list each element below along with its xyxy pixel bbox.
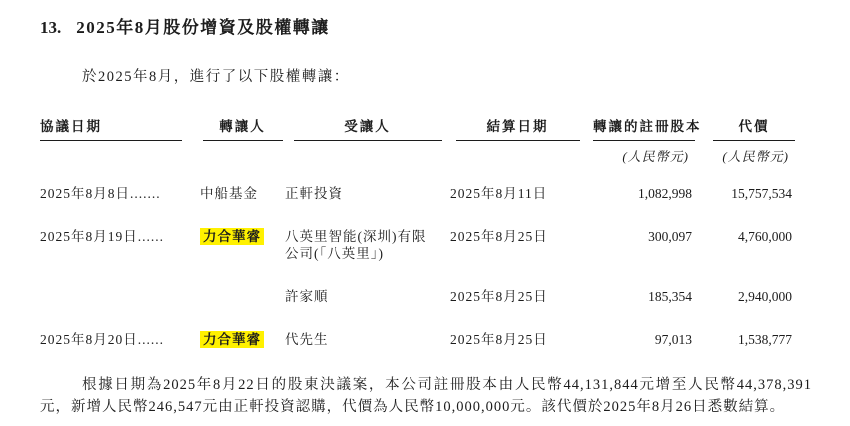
cell-settlement_date: 2025年8月25日 xyxy=(450,202,585,262)
column-subheader-transferor xyxy=(200,141,285,165)
document-page: 13. 2025年8月股份增資及股權轉讓 於2025年8月，進行了以下股權轉讓：… xyxy=(0,0,850,426)
cell-agreement_date: 2025年8月20日...... xyxy=(40,305,200,348)
column-header-transferor: 轉讓人 xyxy=(200,115,285,141)
cell-registered_capital: 97,013 xyxy=(585,305,695,348)
section-number: 13. xyxy=(40,18,61,38)
table-row: 2025年8月19日......力合華睿八英里智能(深圳)有限 公司(「八英里」… xyxy=(40,202,795,262)
cell-consideration: 4,760,000 xyxy=(695,202,795,262)
cell-settlement_date: 2025年8月11日 xyxy=(450,165,585,202)
column-header-agreement_date: 協議日期 xyxy=(40,115,200,141)
cell-transferor: 中船基金 xyxy=(200,165,285,202)
cell-transferor: 力合華睿 xyxy=(200,305,285,348)
column-header-settlement_date: 結算日期 xyxy=(450,115,585,141)
highlighted-transferor: 力合華睿 xyxy=(200,228,264,245)
cell-registered_capital: 300,097 xyxy=(585,202,695,262)
cell-agreement_date: 2025年8月8日....... xyxy=(40,165,200,202)
share-transfer-table: 協議日期轉讓人受讓人結算日期轉讓的註冊股本代價(人民幣元)(人民幣元) 2025… xyxy=(40,115,795,348)
cell-transferee: 許家順 xyxy=(285,262,450,305)
column-header-transferee: 受讓人 xyxy=(285,115,450,141)
cell-transferee: 代先生 xyxy=(285,305,450,348)
column-subheader-consideration: (人民幣元) xyxy=(695,141,795,165)
column-header-registered_capital: 轉讓的註冊股本 xyxy=(585,115,695,141)
cell-registered_capital: 185,354 xyxy=(585,262,695,305)
cell-settlement_date: 2025年8月25日 xyxy=(450,262,585,305)
table-row: 2025年8月20日......力合華睿代先生2025年8月25日97,0131… xyxy=(40,305,795,348)
cell-consideration: 15,757,534 xyxy=(695,165,795,202)
section-heading: 13. 2025年8月股份增資及股權轉讓 xyxy=(40,13,812,38)
cell-transferor xyxy=(200,262,285,305)
cell-transferor: 力合華睿 xyxy=(200,202,285,262)
table-header: 協議日期轉讓人受讓人結算日期轉讓的註冊股本代價(人民幣元)(人民幣元) xyxy=(40,115,795,165)
cell-registered_capital: 1,082,998 xyxy=(585,165,695,202)
column-subheader-agreement_date xyxy=(40,141,200,165)
highlighted-transferor: 力合華睿 xyxy=(200,331,264,348)
column-subheader-transferee xyxy=(285,141,450,165)
intro-text: 於2025年8月，進行了以下股權轉讓： xyxy=(82,65,812,86)
column-subheader-settlement_date xyxy=(450,141,585,165)
cell-agreement_date: 2025年8月19日...... xyxy=(40,202,200,262)
cell-consideration: 1,538,777 xyxy=(695,305,795,348)
column-header-consideration: 代價 xyxy=(695,115,795,141)
table-row: 2025年8月8日.......中船基金正軒投資2025年8月11日1,082,… xyxy=(40,165,795,202)
cell-transferee: 八英里智能(深圳)有限 公司(「八英里」) xyxy=(285,202,450,262)
closing-paragraph: 根據日期為2025年8月22日的股東決議案，本公司註冊股本由人民幣44,131,… xyxy=(40,374,812,418)
section-title: 2025年8月股份增資及股權轉讓 xyxy=(76,13,330,38)
cell-consideration: 2,940,000 xyxy=(695,262,795,305)
table-row: 許家順2025年8月25日185,3542,940,000 xyxy=(40,262,795,305)
cell-agreement_date xyxy=(40,262,200,305)
cell-transferee: 正軒投資 xyxy=(285,165,450,202)
table-body: 2025年8月8日.......中船基金正軒投資2025年8月11日1,082,… xyxy=(40,165,795,348)
cell-settlement_date: 2025年8月25日 xyxy=(450,305,585,348)
column-subheader-registered_capital: (人民幣元) xyxy=(585,141,695,165)
